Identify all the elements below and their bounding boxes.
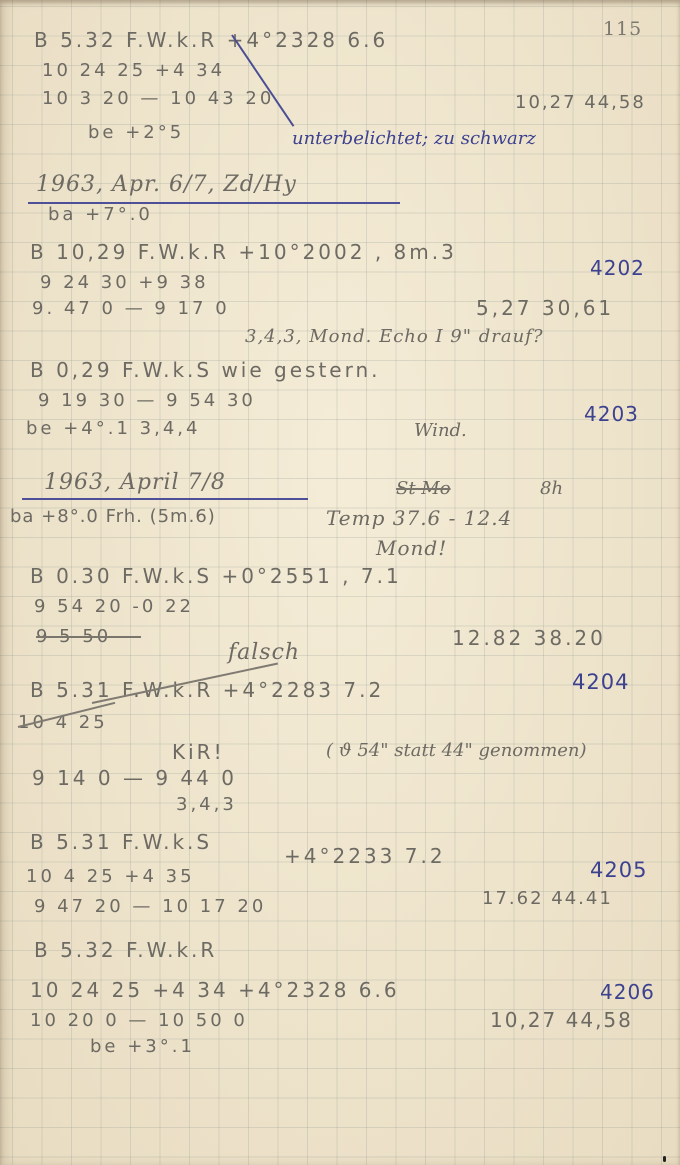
date-header: 1963, Apr. 6/7, Zd/Hy (36, 172, 297, 197)
entry-line: 10 24 25 +4 34 +4°2328 6.6 (30, 978, 400, 1002)
plate-number: 4203 (584, 402, 639, 426)
entry-line: B 5.31 F.W.k.R +4°2283 7.2 (30, 678, 384, 702)
right-values: 17.62 44.41 (482, 888, 613, 909)
struck-entry-line: 9 5 50 — (36, 626, 141, 647)
entry-line: be +4°.1 3,4,4 (26, 418, 200, 439)
struck-header-note: St Mo (396, 478, 451, 499)
right-values: 10,27 44,58 (515, 92, 646, 113)
side-note-moon: Mond! (376, 536, 447, 560)
side-note: Temp 37.6 - 12.4 (326, 506, 512, 530)
annotation-note: unterbelichtet; zu schwarz (292, 128, 536, 149)
entry-line: B 0.30 F.W.k.S +0°2551 , 7.1 (30, 564, 402, 588)
page-number: 115 (603, 18, 642, 40)
kir-label: KiR! (172, 740, 225, 764)
entry-line: 9 14 0 — 9 44 0 (32, 766, 237, 790)
plate-number: 4204 (572, 670, 629, 694)
entry-line: B 10,29 F.W.k.R +10°2002 , 8m.3 (30, 240, 457, 264)
right-values: 10,27 44,58 (490, 1008, 633, 1032)
ink-mark (663, 1156, 666, 1162)
entry-line: be +2°5 (88, 122, 184, 143)
entry-line: 9 54 20 -0 22 (34, 596, 194, 617)
falsch-label: falsch (228, 640, 300, 665)
entry-line: 3,4,3 (176, 794, 237, 815)
entry-line: B 0,29 F.W.k.S wie gestern. (30, 358, 381, 382)
plate-number: 4202 (590, 256, 645, 280)
plate-number: 4205 (590, 858, 647, 882)
entry-line: 10 4 25 +4 35 (26, 866, 195, 887)
entry-line: B 5.32 F.W.k.R +4°2328 6.6 (34, 28, 388, 52)
entry-line: 9 24 30 +9 38 (40, 272, 209, 293)
right-values: 12.82 38.20 (452, 626, 606, 650)
kir-note: ( ϑ 54" statt 44" genommen) (326, 740, 587, 761)
plate-number: 4206 (600, 980, 655, 1004)
entry-line: be +3°.1 (90, 1036, 195, 1057)
note: Wind. (414, 420, 467, 441)
entry-line: B 5.32 F.W.k.R (34, 938, 217, 962)
entry-line: 9 19 30 — 9 54 30 (38, 390, 256, 411)
temp-line: ba +7°.0 (48, 204, 153, 225)
entry-line: 10 3 20 — 10 43 20 (42, 88, 274, 109)
header-note-right: 8h (540, 478, 563, 499)
logbook-page: 115 B 5.32 F.W.k.R +4°2328 6.6 10 24 25 … (0, 0, 680, 1165)
entry-line: 10 20 0 — 10 50 0 (30, 1010, 248, 1031)
date-underline (22, 498, 308, 500)
entry-line: +4°2233 7.2 (284, 844, 446, 868)
entry-line: 9. 47 0 — 9 17 0 (32, 298, 230, 319)
temp-line: ba +8°.0 Frh. (5m.6) (10, 506, 216, 527)
entry-line: B 5.31 F.W.k.S (30, 830, 212, 854)
right-values: 5,27 30,61 (476, 296, 614, 320)
date-header: 1963, April 7/8 (44, 470, 226, 495)
entry-line: 9 47 20 — 10 17 20 (34, 896, 266, 917)
note: 3,4,3, Mond. Echo I 9" drauf? (245, 326, 544, 347)
entry-line: 10 24 25 +4 34 (42, 60, 225, 81)
